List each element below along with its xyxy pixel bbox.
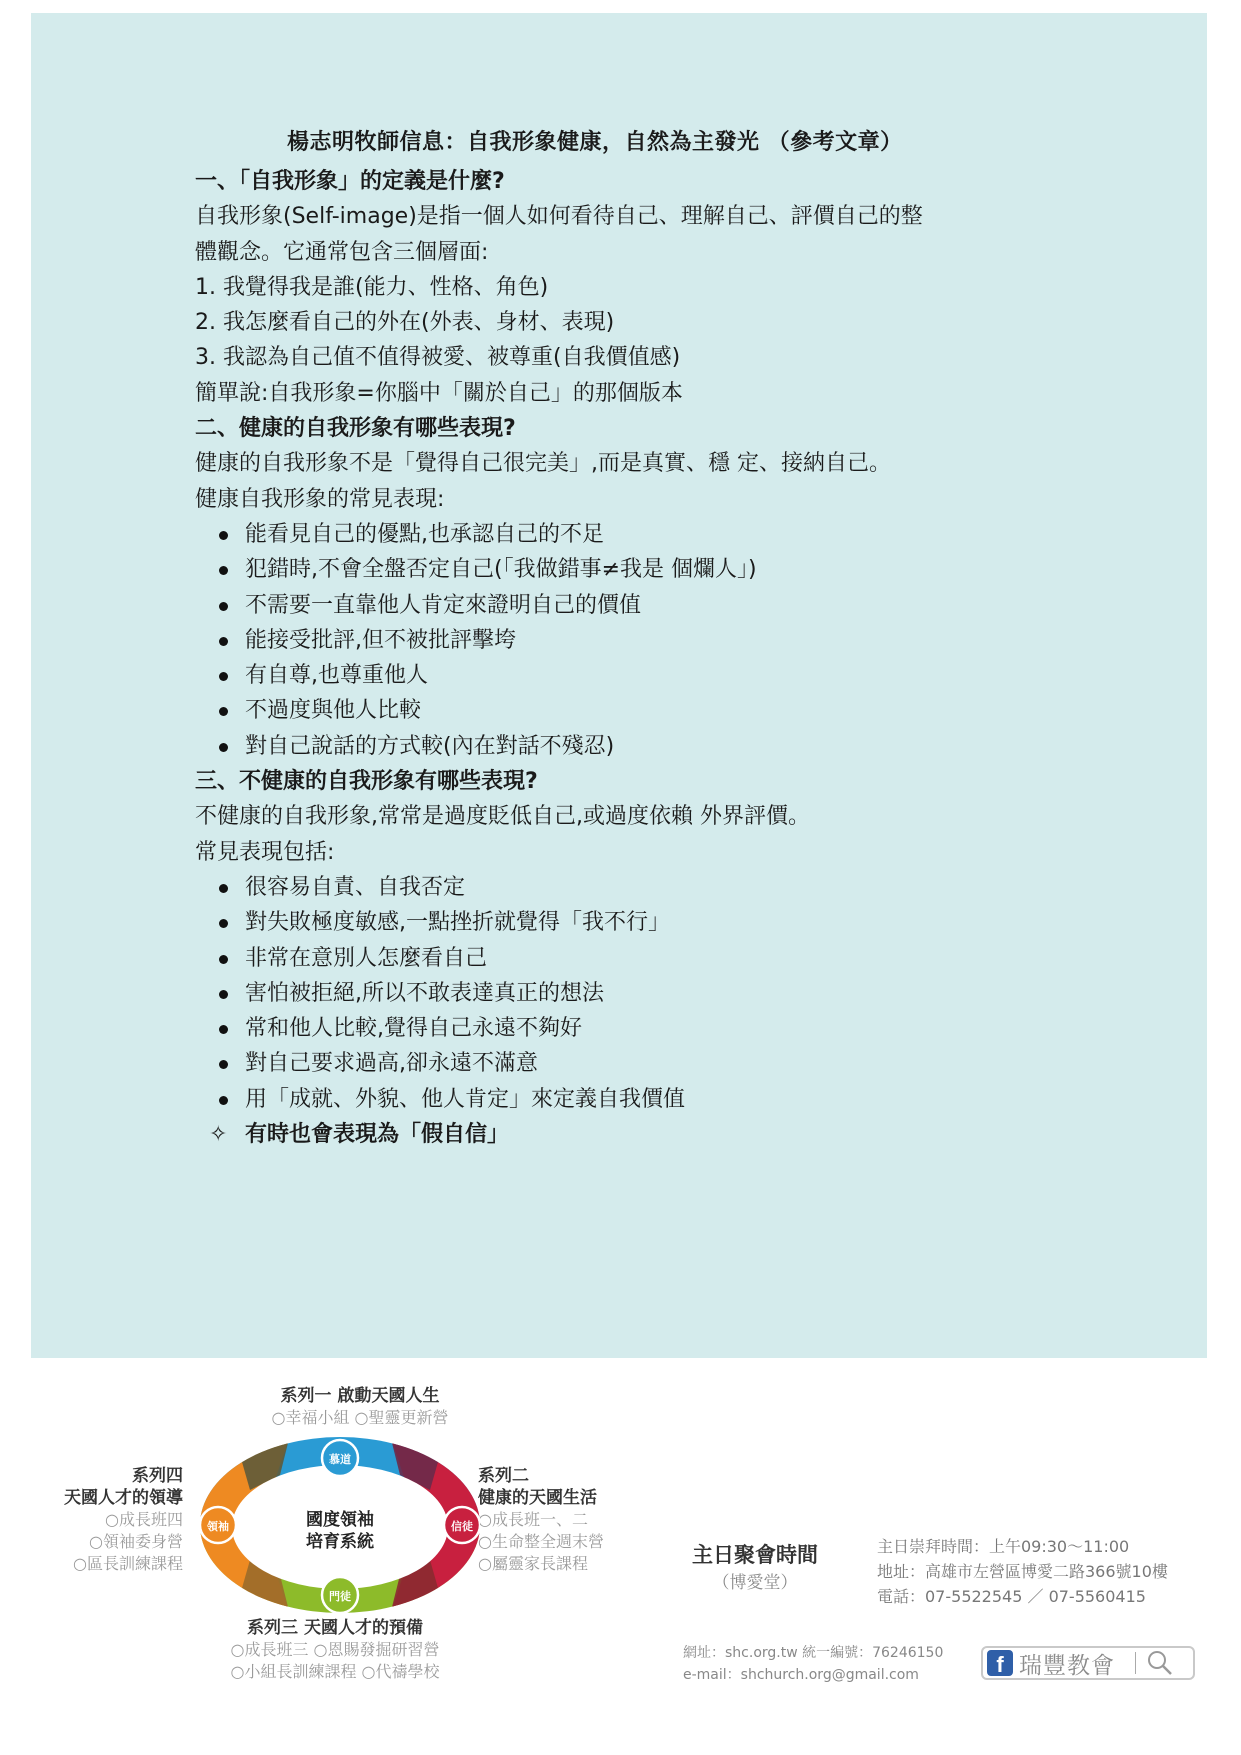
service-time-block: 主日聚會時間 （博愛堂） [680, 1540, 830, 1596]
series1-block: 系列一 啟動天國人生 ○幸福小組 ○聖靈更新營 [240, 1385, 480, 1429]
series3-item: ○成長班三 ○恩賜發掘研習營 [205, 1639, 465, 1661]
section3-list-label: 常見表現包括: [195, 835, 1055, 870]
star-note: ✧有時也會表現為「假自信」 [195, 1117, 1055, 1152]
section2-heading: 二、健康的自我形象有哪些表現? [195, 411, 1055, 446]
center-label-line1: 國度領袖 [290, 1509, 390, 1531]
series1-item: ○幸福小組 ○聖靈更新營 [240, 1407, 480, 1429]
section1-heading: 一、「自我形象」的定義是什麼? [195, 164, 1055, 199]
series2-item: ○屬靈家長課程 [478, 1553, 648, 1575]
bullet-icon [219, 1060, 228, 1069]
service-heading: 主日聚會時間 [680, 1540, 830, 1570]
node-bottom-label: 門徒 [320, 1588, 360, 1604]
list-item: 對失敗極度敏感,一點挫折就覺得「我不行」 [195, 905, 1055, 940]
series2-item: ○生命整全週末營 [478, 1531, 648, 1553]
facebook-page-name: 瑞豐教會 [1019, 1647, 1115, 1680]
service-location: （博愛堂） [680, 1570, 830, 1596]
contact-info: 網址：shc.org.tw 統一編號：76246150 e-mail：shchu… [683, 1642, 943, 1686]
series4-item: ○區長訓練課程 [40, 1553, 183, 1575]
section1-point: 2. 我怎麼看自己的外在(外表、身材、表現) [195, 305, 1055, 340]
list-item: 對自己要求過高,卻永遠不滿意 [195, 1046, 1055, 1081]
series3-title: 系列三 天國人才的預備 [205, 1617, 465, 1639]
leadership-training-diagram: 系列一 啟動天國人生 ○幸福小組 ○聖靈更新營 系列四 天國人才的領導 ○成長班… [40, 1385, 640, 1685]
bullet-icon [219, 602, 228, 611]
list-item-text: 很容易自責、自我否定 [245, 875, 465, 900]
worship-time: 主日崇拜時間：上午09:30～11:00 [877, 1534, 1168, 1559]
bullet-icon [219, 1096, 228, 1105]
series2-title-line2: 健康的天國生活 [478, 1487, 648, 1509]
list-item: 能看見自己的優點,也承認自己的不足 [195, 517, 1055, 552]
article-title: 楊志明牧師信息：自我形象健康，自然為主發光 （參考文章） [287, 128, 1055, 158]
node-top-label: 慕道 [320, 1451, 360, 1467]
list-item: 不過度與他人比較 [195, 693, 1055, 728]
list-item: 有自尊,也尊重他人 [195, 658, 1055, 693]
section1-intro-line2: 體觀念。它通常包含三個層面: [195, 235, 1055, 270]
bullet-icon [219, 707, 228, 716]
series3-block: 系列三 天國人才的預備 ○成長班三 ○恩賜發掘研習營 ○小組長訓練課程 ○代禱學… [205, 1617, 465, 1683]
list-item: 常和他人比較,覺得自己永遠不夠好 [195, 1011, 1055, 1046]
series4-title-line2: 天國人才的領導 [40, 1487, 183, 1509]
list-item-text: 害怕被拒絕,所以不敢表達真正的想法 [245, 981, 604, 1006]
list-item-text: 常和他人比較,覺得自己永遠不夠好 [245, 1016, 582, 1041]
list-item: 對自己說話的方式較(內在對話不殘忍) [195, 729, 1055, 764]
list-item: 不需要一直靠他人肯定來證明自己的價值 [195, 588, 1055, 623]
list-item-text: 不過度與他人比較 [245, 698, 421, 723]
section1-intro-line1: 自我形象(Self-image)是指一個人如何看待自己、理解自己、評價自己的整 [195, 199, 1055, 234]
list-item-text: 不需要一直靠他人肯定來證明自己的價值 [245, 593, 641, 618]
facebook-icon: f [987, 1650, 1013, 1676]
phone: 電話：07-5522545 ／ 07-5560415 [877, 1584, 1168, 1609]
series4-title-line1: 系列四 [40, 1465, 183, 1487]
section1-point: 3. 我認為自己值不值得被愛、被尊重(自我價值感) [195, 340, 1055, 375]
bullet-icon [219, 637, 228, 646]
facebook-search-badge: f 瑞豐教會 [981, 1646, 1195, 1680]
list-item-text: 有自尊,也尊重他人 [245, 663, 428, 688]
sparkle-icon: ✧ [209, 1117, 245, 1152]
list-item-text: 用「成就、外貌、他人肯定」來定義自我價值 [245, 1087, 685, 1112]
list-item: 用「成就、外貌、他人肯定」來定義自我價值 [195, 1082, 1055, 1117]
series1-title: 系列一 啟動天國人生 [240, 1385, 480, 1407]
list-item: 非常在意別人怎麼看自己 [195, 941, 1055, 976]
node-left-label: 領袖 [198, 1518, 238, 1534]
list-item-text: 對自己說話的方式較(內在對話不殘忍) [245, 734, 614, 759]
center-label-line2: 培育系統 [290, 1531, 390, 1553]
list-item-text: 犯錯時,不會全盤否定自己(「我做錯事≠我是 個爛人」) [245, 557, 757, 582]
website-line: 網址：shc.org.tw 統一編號：76246150 [683, 1642, 943, 1664]
star-note-text: 有時也會表現為「假自信」 [245, 1122, 509, 1147]
article: 楊志明牧師信息：自我形象健康，自然為主發光 （參考文章） 一、「自我形象」的定義… [195, 128, 1055, 1152]
diagram-center-label: 國度領袖 培育系統 [290, 1509, 390, 1553]
section2-list-label: 健康自我形象的常見表現: [195, 482, 1055, 517]
list-item-text: 對失敗極度敏感,一點挫折就覺得「我不行」 [245, 910, 670, 935]
list-item-text: 能看見自己的優點,也承認自己的不足 [245, 522, 604, 547]
series3-item: ○小組長訓練課程 ○代禱學校 [205, 1661, 465, 1683]
list-item-text: 非常在意別人怎麼看自己 [245, 946, 487, 971]
list-item: 犯錯時,不會全盤否定自己(「我做錯事≠我是 個爛人」) [195, 552, 1055, 587]
list-item: 能接受批評,但不被批評擊垮 [195, 623, 1055, 658]
list-item-text: 對自己要求過高,卻永遠不滿意 [245, 1051, 538, 1076]
divider [1135, 1652, 1136, 1674]
bullet-icon [219, 884, 228, 893]
section1-summary: 簡單說:自我形象=你腦中「關於自己」的那個版本 [195, 376, 1055, 411]
series4-item: ○成長班四 [40, 1509, 183, 1531]
list-item: 很容易自責、自我否定 [195, 870, 1055, 905]
node-right-label: 信徒 [442, 1518, 482, 1534]
search-icon [1146, 1649, 1174, 1677]
section2-bullet-list: 能看見自己的優點,也承認自己的不足 犯錯時,不會全盤否定自己(「我做錯事≠我是 … [195, 517, 1055, 764]
section2-intro: 健康的自我形象不是「覺得自己很完美」,而是真實、穩 定、接納自己。 [195, 446, 1055, 481]
bullet-icon [219, 990, 228, 999]
bullet-icon [219, 531, 228, 540]
bullet-icon [219, 1025, 228, 1034]
email-line: e-mail：shchurch.org@gmail.com [683, 1664, 943, 1686]
series2-block: 系列二 健康的天國生活 ○成長班一、二 ○生命整全週末營 ○屬靈家長課程 [478, 1465, 648, 1575]
bullet-icon [219, 955, 228, 964]
bullet-icon [219, 919, 228, 928]
bullet-icon [219, 672, 228, 681]
bullet-icon [219, 743, 228, 752]
church-info: 主日崇拜時間：上午09:30～11:00 地址：高雄市左營區博愛二路366號10… [877, 1534, 1168, 1609]
list-item-text: 能接受批評,但不被批評擊垮 [245, 628, 516, 653]
section3-intro: 不健康的自我形象,常常是過度貶低自己,或過度依賴 外界評價。 [195, 799, 1055, 834]
address: 地址：高雄市左營區博愛二路366號10樓 [877, 1559, 1168, 1584]
section3-bullet-list: 很容易自責、自我否定 對失敗極度敏感,一點挫折就覺得「我不行」 非常在意別人怎麼… [195, 870, 1055, 1117]
series4-block: 系列四 天國人才的領導 ○成長班四 ○領袖委身營 ○區長訓練課程 [40, 1465, 183, 1575]
series2-item: ○成長班一、二 [478, 1509, 648, 1531]
section1-point: 1. 我覺得我是誰(能力、性格、角色) [195, 270, 1055, 305]
series4-item: ○領袖委身營 [40, 1531, 183, 1553]
list-item: 害怕被拒絕,所以不敢表達真正的想法 [195, 976, 1055, 1011]
bullet-icon [219, 566, 228, 575]
section3-heading: 三、不健康的自我形象有哪些表現? [195, 764, 1055, 799]
series2-title-line1: 系列二 [478, 1465, 648, 1487]
